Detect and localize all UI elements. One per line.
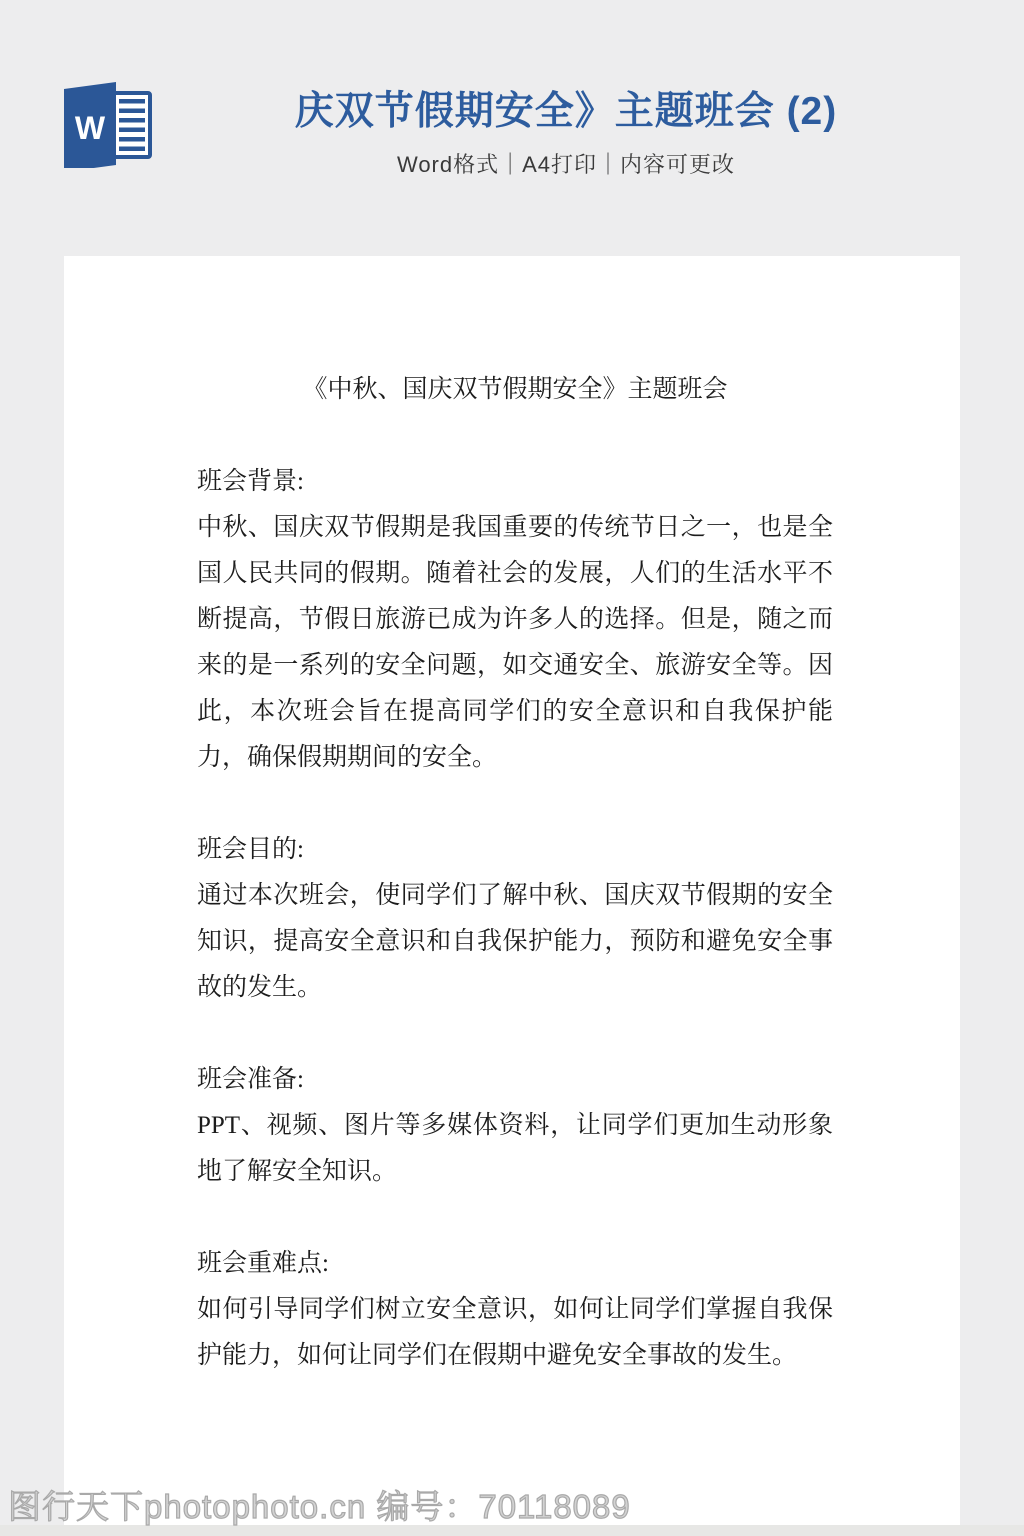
word-logo-icon: W — [64, 82, 152, 170]
site-watermark: 图行天下photophoto.cn 编号：70118089 — [8, 1481, 631, 1528]
svg-text:W: W — [75, 110, 106, 146]
header: 庆双节假期安全》主题班会 (2) Word格式｜A4打印｜内容可更改 — [170, 88, 962, 179]
section-background: 班会背景: 中秋、国庆双节假期是我国重要的传统节日之一，也是全国人民共同的假期。… — [197, 459, 833, 781]
section-body: PPT、视频、图片等多媒体资料，让同学们更加生动形象地了解安全知识。 — [197, 1103, 833, 1195]
section-body: 通过本次班会，使同学们了解中秋、国庆双节假期的安全知识，提高安全意识和自我保护能… — [197, 873, 833, 1011]
section-key-points: 班会重难点: 如何引导同学们树立安全意识，如何让同学们掌握自我保护能力，如何让同… — [197, 1241, 833, 1379]
section-purpose: 班会目的: 通过本次班会，使同学们了解中秋、国庆双节假期的安全知识，提高安全意识… — [197, 827, 833, 1011]
document-content: 《中秋、国庆双节假期安全》主题班会 班会背景: 中秋、国庆双节假期是我国重要的传… — [197, 256, 833, 1379]
section-heading: 班会重难点: — [197, 1241, 833, 1287]
page-title: 庆双节假期安全》主题班会 (2) — [170, 88, 962, 136]
section-heading: 班会目的: — [197, 827, 833, 873]
section-preparation: 班会准备: PPT、视频、图片等多媒体资料，让同学们更加生动形象地了解安全知识。 — [197, 1057, 833, 1195]
section-body: 如何引导同学们树立安全意识，如何让同学们掌握自我保护能力，如何让同学们在假期中避… — [197, 1287, 833, 1379]
document-title: 《中秋、国庆双节假期安全》主题班会 — [197, 367, 833, 413]
document-page: 《中秋、国庆双节假期安全》主题班会 班会背景: 中秋、国庆双节假期是我国重要的传… — [64, 256, 960, 1525]
section-heading: 班会背景: — [197, 459, 833, 505]
section-body: 中秋、国庆双节假期是我国重要的传统节日之一，也是全国人民共同的假期。随着社会的发… — [197, 505, 833, 781]
section-heading: 班会准备: — [197, 1057, 833, 1103]
page-subtitle: Word格式｜A4打印｜内容可更改 — [170, 148, 962, 179]
